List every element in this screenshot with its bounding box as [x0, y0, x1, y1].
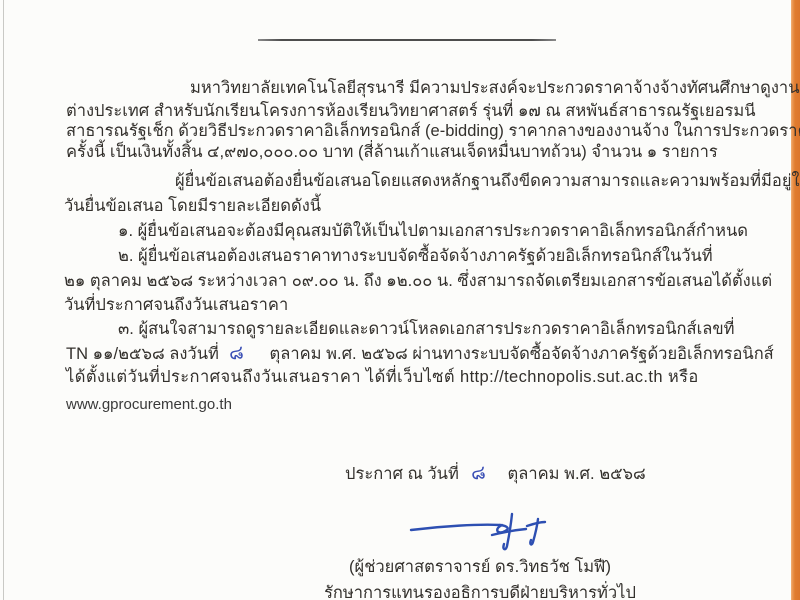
signer-title: รักษาการแทนรองอธิการบดีฝ่ายบริหารทั่วไป	[320, 583, 640, 600]
signature-ink	[408, 510, 548, 554]
body-line-2: ต่างประเทศ สำหรับนักเรียนโครงการห้องเรีย…	[66, 101, 756, 122]
document-number-text: TN ๑๑/๒๕๖๘ ลงวันที่	[66, 345, 219, 363]
announcement-prefix: ประกาศ ณ วันที่	[345, 465, 459, 483]
body-line-5: ผู้ยื่นข้อเสนอต้องยื่นข้อเสนอโดยแสดงหลัก…	[175, 171, 800, 192]
scanned-document-page: มหาวิทยาลัยเทคโนโลยีสุรนารี มีความประสงค…	[0, 0, 800, 600]
body-line-3: สาธารณรัฐเช็ก ด้วยวิธีประกวดราคาอิเล็กทร…	[66, 121, 800, 142]
scan-edge-line	[3, 0, 4, 600]
signer-name: (ผู้ช่วยศาสตราจารย์ ดร.วิทธวัช โมฬี)	[330, 557, 630, 578]
body-line-13-website: ได้ตั้งแต่วันที่ประกาศจนถึงวันเสนอราคา ไ…	[66, 367, 699, 388]
body-line-6: วันยื่นข้อเสนอ โดยมีรายละเอียดดังนี้	[64, 196, 321, 217]
body-line-11-item-3: ๓. ผู้สนใจสามารถดูรายละเอียดและดาวน์โหลด…	[118, 319, 735, 340]
body-line-12-suffix: ตุลาคม พ.ศ. ๒๕๖๘ ผ่านทางระบบจัดซื้อจัดจ้…	[270, 345, 774, 363]
body-line-4: ครั้งนี้ เป็นเงินทั้งสิ้น ๔,๙๗๐,๐๐๐.๐๐ บ…	[66, 142, 718, 163]
body-line-12: TN ๑๑/๒๕๖๘ ลงวันที่๘ตุลาคม พ.ศ. ๒๕๖๘ ผ่า…	[66, 343, 774, 365]
body-line-1: มหาวิทยาลัยเทคโนโลยีสุรนารี มีความประสงค…	[190, 78, 800, 99]
handwritten-day-number: ๘	[228, 342, 245, 364]
body-line-14-gprocurement-url: www.gprocurement.go.th	[66, 394, 232, 415]
announcement-suffix: ตุลาคม พ.ศ. ๒๕๖๘	[508, 465, 646, 483]
body-line-7-item-1: ๑. ผู้ยื่นข้อเสนอจะต้องมีคุณสมบัติให้เป็…	[118, 221, 748, 242]
body-line-9: ๒๑ ตุลาคม ๒๕๖๘ ระหว่างเวลา ๐๙.๐๐ น. ถึง …	[64, 271, 772, 292]
body-line-10: วันที่ประกาศจนถึงวันเสนอราคา	[64, 295, 288, 316]
announcement-date-line: ประกาศ ณ วันที่๘ตุลาคม พ.ศ. ๒๕๖๘	[345, 463, 646, 485]
header-divider-line	[258, 39, 556, 41]
body-line-8-item-2: ๒. ผู้ยื่นข้อเสนอต้องเสนอราคาทางระบบจัดซ…	[118, 246, 713, 267]
handwritten-announcement-day: ๘	[470, 462, 487, 484]
